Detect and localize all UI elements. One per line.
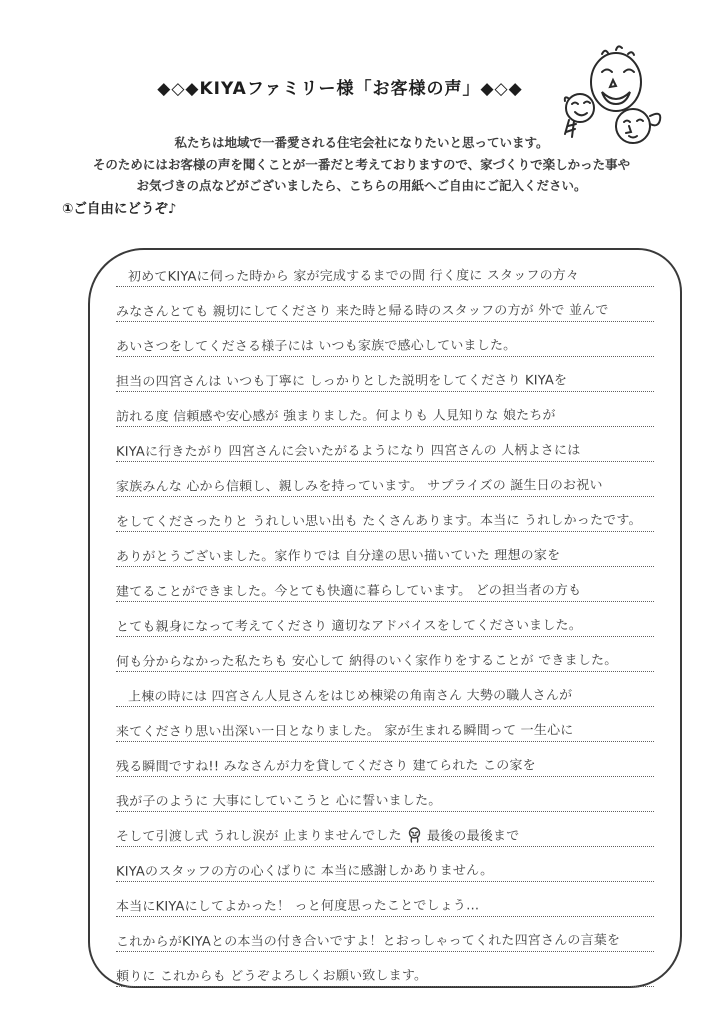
intro-line-3: お気づきの点などがございましたら、こちらの用紙へご自由にご記入ください。 xyxy=(0,175,723,197)
handwritten-line: KIYAのスタッフの方の心くばりに 本当に感謝しかありません。 xyxy=(116,847,654,882)
handwritten-line: 建てることができました。今とても快適に暮らしています。 どの担当者の方も xyxy=(116,567,654,602)
handwritten-line: とても親身になって考えてくださり 適切なアドバイスをしてくださいました。 xyxy=(116,602,654,637)
intro-text: 私たちは地域で一番愛される住宅会社になりたいと思っています。 そのためにはお客様… xyxy=(0,132,723,197)
note-lines: 初めてKIYAに伺った時から 家が完成するまでの間 行く度に スタッフの方々みな… xyxy=(116,252,654,987)
page-title: ◆◇◆KIYAファミリー様「お客様の声」◆◇◆ xyxy=(40,74,640,99)
handwritten-line: 我が子のように 大事にしていこうと 心に誓いました。 xyxy=(116,777,654,812)
intro-line-2: そのためにはお客様の声を聞くことが一番だと考えておりますので、家づくりで楽しかっ… xyxy=(0,154,723,176)
handwritten-line: 家族みんな 心から信頼し、親しみを持っています。 サプライズの 誕生日のお祝い xyxy=(116,462,654,497)
handwritten-line: ありがとうございました。家作りでは 自分達の思い描いていた 理想の家を xyxy=(116,532,654,567)
crying-face-doodle-icon xyxy=(407,827,422,844)
handwritten-line: 初めてKIYAに伺った時から 家が完成するまでの間 行く度に スタッフの方々 xyxy=(116,252,654,287)
handwritten-line: 本当にKIYAにしてよかった！ っと何度思ったことでしょう… xyxy=(116,882,654,917)
handwritten-line: あいさつをしてくださる様子には いつも家族で感心していました。 xyxy=(116,322,654,357)
handwritten-line: 上棟の時には 四宮さん人見さんをはじめ棟梁の角南さん 大勢の職人さんが xyxy=(116,672,654,707)
customer-voice-sheet: { "colors": { "paper": "#ffffff", "print… xyxy=(0,0,723,1024)
handwritten-line: 残る瞬間ですね!! みなさんが力を貸してくださり 建てられた この家を xyxy=(116,742,654,777)
handwritten-line: そして引渡し式 うれし涙が 止まりませんでした 最後の最後まで xyxy=(116,812,654,847)
handwritten-line: 頼りに これからも どうぞよろしくお願い致します。 xyxy=(116,952,654,987)
handwritten-line: KIYAに行きたがり 四宮さんに会いたがるようになり 四宮さんの 人柄よさには xyxy=(116,427,654,462)
handwritten-line: をしてくださったりと うれしい思い出も たくさんあります。本当に うれしかったで… xyxy=(116,497,654,532)
intro-line-1: 私たちは地域で一番愛される住宅会社になりたいと思っています。 xyxy=(0,132,723,154)
handwritten-note-box: 初めてKIYAに伺った時から 家が完成するまでの間 行く度に スタッフの方々みな… xyxy=(88,248,682,988)
handwritten-line: これからがKIYAとの本当の付き合いですよ！とおっしゃってくれた四宮さんの言葉を xyxy=(116,917,654,952)
handwritten-line: 訪れる度 信頼感や安心感が 強まりました。何よりも 人見知りな 娘たちが xyxy=(116,392,654,427)
handwritten-line: 来てくださり思い出深い一日となりました。 家が生まれる瞬間って 一生心に xyxy=(116,707,654,742)
handwritten-line: 担当の四宮さんは いつも丁寧に しっかりとした説明をしてくださり KIYAを xyxy=(116,357,654,392)
free-entry-label: ①ご自由にどうぞ♪ xyxy=(62,197,177,217)
handwritten-line: みなさんとても 親切にしてくださり 来た時と帰る時のスタッフの方が 外で 並んで xyxy=(116,287,654,322)
handwritten-line: 何も分からなかった私たちも 安心して 納得のいく家作りをすることが できました。 xyxy=(116,637,654,672)
